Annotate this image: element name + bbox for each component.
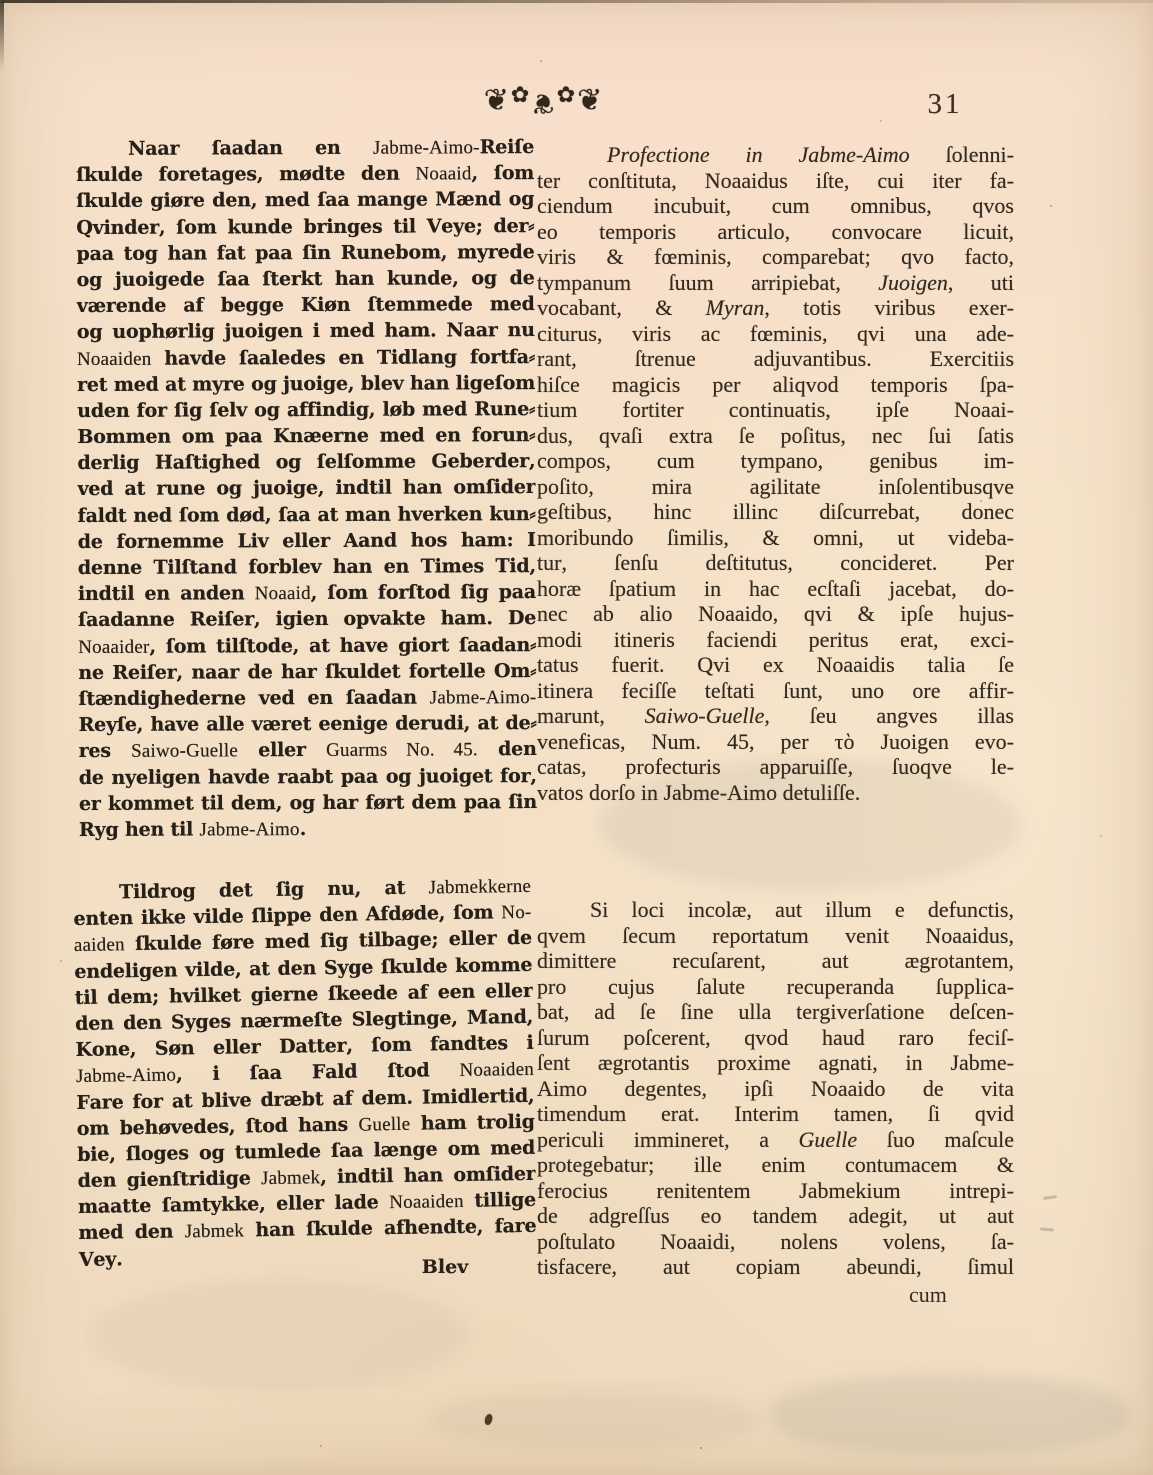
text-line: dus, qvaſi extra ſe poſitus, nec ſui ſat…	[537, 423, 1014, 449]
text-line: dimittere recuſarent, aut ægrotantem,	[537, 948, 1014, 974]
catchword-right: cum	[858, 1282, 998, 1308]
text-line: ferocius renitentem Jabmekium intrepi-	[537, 1178, 1014, 1204]
text-line: de adgreſſus eo tandem adegit, ut aut	[537, 1203, 1014, 1229]
text-line: itinera feciſſe teſtati ſunt, uno ore af…	[537, 678, 1014, 704]
text-line: pro cujus ſalute recuperanda ſupplica-	[537, 974, 1014, 1000]
text-line: ſent ægrotantis proxime agnati, in Jabme…	[537, 1050, 1014, 1076]
text-line: Si loci incolæ, aut illum e defunctis,	[537, 897, 1014, 923]
text-line: res Saiwo-Guelle eller Guarms No. 45. de…	[79, 736, 537, 764]
text-line: ret med at myre og juoige, blev han lige…	[77, 370, 535, 398]
text-line: veneficas, Num. 45, per τὸ Juoigen evo-	[537, 729, 1014, 755]
ornament-glyph: ✿	[511, 85, 529, 107]
text-line: ciendum incubuit, cum omnibus, qvos	[537, 193, 1014, 219]
text-line: faldt ned ſom død, ſaa at man hverken ku…	[78, 501, 536, 529]
text-line: nec ab alio Noaaido, qvi & ipſe hujus-	[537, 601, 1014, 627]
text-line: modi itineris faciendi peritus erat, exc…	[537, 627, 1014, 653]
text-line: vocabant, & Myran, totis viribus exer-	[537, 295, 1014, 321]
scan-edge-left	[0, 0, 4, 70]
text-line: hiſce magicis per aliqvod temporis ſpa-	[537, 372, 1014, 398]
text-line: Bommen om paa Knæerne med en forun⸗	[77, 422, 535, 450]
text-line: indtil en anden Noaaid, ſom forſtod ſig …	[78, 579, 536, 607]
printers-ornament-icon: ❦✿❦✿❦	[438, 80, 648, 120]
text-line: paa tog han fat paa ſin Runebom, myrede	[76, 239, 534, 267]
text-line: moribundo ſimilis, & omni, ut videba-	[537, 525, 1014, 551]
text-line: Qvinder, ſom kunde bringes til Veye; der…	[76, 213, 534, 241]
text-line: citurus, viris ac fœminis, qvi una ade-	[537, 321, 1014, 347]
catchword-left: Blev	[360, 1256, 530, 1278]
text-line: ter conſtituta, Noaaidus iſte, cui iter …	[537, 168, 1014, 194]
text-line: ſaadanne Reiſer, igien opvakte ham. De	[78, 605, 536, 633]
ornament-glyph: ✿	[557, 85, 575, 107]
latin-antiqua-column: Profectione in Jabme-Aimo ſolenni-ter co…	[537, 142, 1014, 1280]
text-line: periculi immineret, a Guelle ſuo maſcule	[537, 1127, 1014, 1153]
text-line: tisfacere, aut copiam abeundi, ſimul	[537, 1254, 1014, 1280]
text-line: Noaaider, ſom tilſtode, at have giort ſa…	[78, 632, 536, 660]
text-line: de fornemme Liv eller Aand hos ham: I	[78, 527, 536, 555]
ink-spot	[484, 1413, 493, 1425]
text-line: og uophørlig juoigen i med ham. Naar nu	[77, 317, 535, 345]
text-line: viris & fœminis, comparebat; qvo facto,	[537, 244, 1014, 270]
ornament-glyph: ❦	[577, 86, 602, 116]
danish-fraktur-column: Naar ſaadan en Jabme-Aimo-Reiſeſkulde fo…	[76, 136, 534, 1273]
text-line: eo temporis articulo, convocare licuit,	[537, 219, 1014, 245]
page-number: 31	[900, 88, 990, 121]
text-line: de nyeligen havde raabt paa og juoiget f…	[79, 762, 537, 790]
text-line: protegebatur; ille enim contumacem &	[537, 1152, 1014, 1178]
text-line: geſtibus, hinc illinc diſcurrebat, donec	[537, 499, 1014, 525]
text-line: bat, ad ſe ſine ulla tergiverſatione deſ…	[537, 999, 1014, 1025]
text-line: Reyſe, have alle været eenige derudi, at…	[79, 710, 537, 738]
text-line: vatos dorſo in Jabme-Aimo detuliſſe.	[537, 780, 1014, 806]
text-line: timendum erat. Interim tamen, ſi qvid	[537, 1101, 1014, 1127]
text-line: derlig Haſtighed og ſelſomme Geberder, b…	[77, 448, 535, 476]
text-line: horæ ſpatium in hac ecſtaſi jacebat, do-	[537, 576, 1014, 602]
paper-stain	[90, 1280, 470, 1390]
paper-stain	[770, 1375, 1130, 1455]
text-line: marunt, Saiwo-Guelle, ſeu angves illas	[537, 703, 1014, 729]
paper-stain	[430, 1390, 760, 1450]
ornament-glyph: ❦	[484, 86, 509, 116]
text-line: poſtulato Noaaidi, nolens volens, ſa-	[537, 1229, 1014, 1255]
book-page-scan: ❦✿❦✿❦ 31 Naar ſaadan en Jabme-Aimo-Reiſe…	[0, 0, 1153, 1475]
text-line: Aimo degentes, ipſi Noaaido de vita	[537, 1076, 1014, 1102]
text-line: tium fortiter continuatis, ipſe Noaai-	[537, 397, 1014, 423]
text-line: tympanum ſuum arripiebat, Juoigen, uti	[537, 270, 1014, 296]
text-line: tur, ſenſu deſtitutus, concideret. Per	[537, 550, 1014, 576]
text-line: ne Reiſer, naar de har ſkuldet fortelle …	[78, 658, 536, 686]
text-line: ſurum poſcerent, qvod haud raro feciſ-	[537, 1025, 1014, 1051]
paragraph: Tildrog det ſig nu, at Jabmekkerneenten …	[73, 873, 537, 1273]
scan-edge-top	[0, 0, 1153, 3]
text-line: ſkulde giøre den, med ſaa mange Mænd og	[76, 186, 534, 214]
margin-mark	[1043, 1195, 1057, 1200]
text-line: uden for ſig ſelv og affindig, løb med R…	[77, 396, 535, 424]
text-line: og juoigede ſaa ſterkt han kunde, og de …	[77, 265, 535, 293]
paper-speckles	[0, 0, 2, 2]
text-line: Naar ſaadan en Jabme-Aimo-Reiſe	[76, 134, 534, 162]
text-line: Ryg hen til Jabme-Aimo.	[79, 815, 537, 843]
text-line: tatus fuerit. Qvi ex Noaaidis talia ſe	[537, 652, 1014, 678]
margin-mark	[1040, 1227, 1054, 1231]
text-line: er kommet til dem, og har ført dem paa ſ…	[79, 789, 537, 817]
text-line: ſtændighederne ved en ſaadan Jabme-Aimo-	[78, 684, 536, 712]
text-line: denne Tilſtand forblev han en Times Tid,	[78, 553, 536, 581]
text-line: Noaaiden havde ſaaledes en Tidlang fortf…	[77, 343, 535, 371]
text-line: rant, ſtrenue adjuvantibus. Exercitiis	[537, 346, 1014, 372]
text-line: ſkulde foretages, mødte den Noaaid, ſom	[76, 160, 534, 188]
text-line: qvem ſecum reportatum venit Noaaidus,	[537, 923, 1014, 949]
paragraph: Si loci incolæ, aut illum e defunctis,qv…	[537, 897, 1014, 1280]
text-line: catas, profecturis apparuiſſe, ſuoqve le…	[537, 754, 1014, 780]
text-line: compos, cum tympano, genibus im-	[537, 448, 1014, 474]
text-line: ved at rune og juoige, indtil han omſide…	[77, 474, 535, 502]
paragraph: Profectione in Jabme-Aimo ſolenni-ter co…	[537, 142, 1014, 805]
ornament-glyph: ❦	[531, 89, 554, 117]
text-line: poſito, mira agilitate inſolentibusqve	[537, 474, 1014, 500]
paragraph: Naar ſaadan en Jabme-Aimo-Reiſeſkulde fo…	[76, 134, 537, 843]
text-line: værende af begge Kiøn ſtemmede med veldi…	[77, 291, 535, 319]
text-line: Profectione in Jabme-Aimo ſolenni-	[537, 142, 1014, 168]
